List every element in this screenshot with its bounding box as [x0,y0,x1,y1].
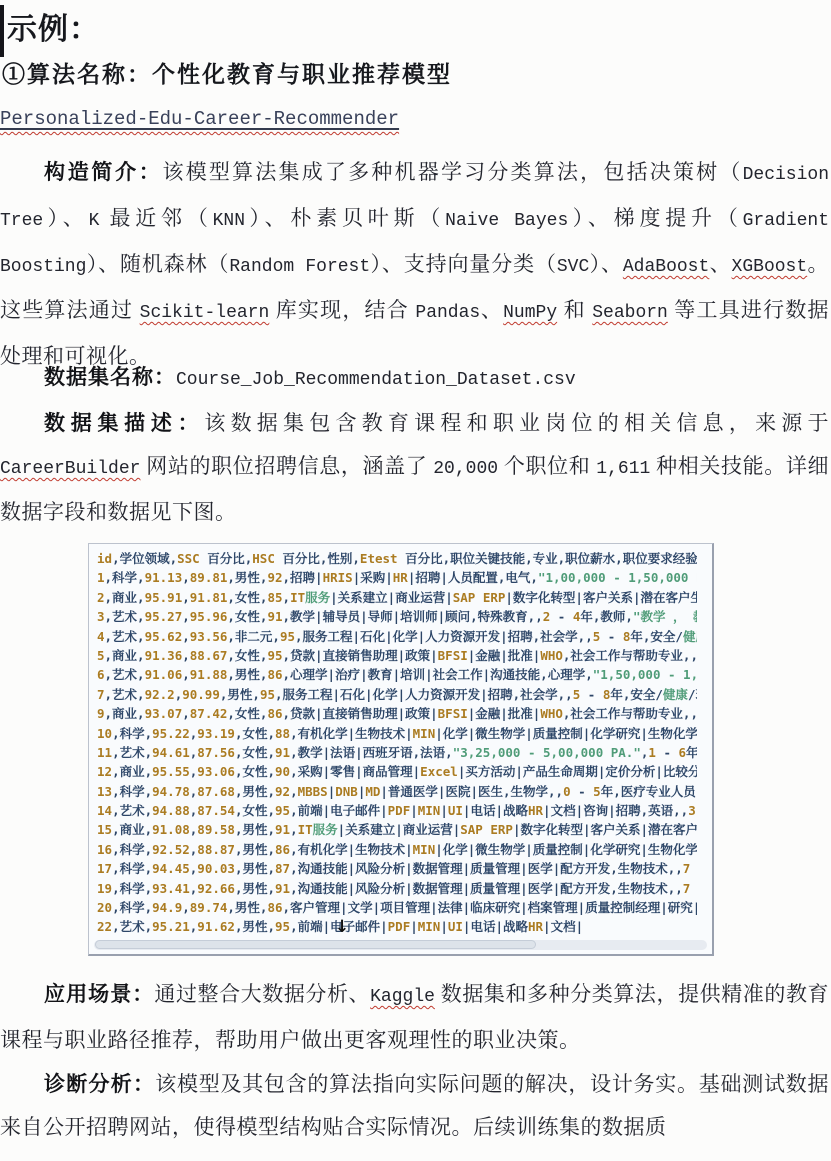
csv-row: 20,科学,94.9,89.74,男性,86,客户管理|文学|项目管理|法律|临… [97,898,697,917]
paragraph-diagnosis: 诊断分析：该模型及其包含的算法指向实际问题的解决，设计务实。基础测试数据来自公开… [0,1063,829,1149]
paragraph-label: 应用场景： [44,982,154,1006]
csv-row: 22,艺术,95.21,91.62,男性,95,前端|电子邮件|PDF|MIN|… [97,917,697,936]
text-run: 通过整合大数据分析、 [154,982,370,1006]
dataset-screenshot: id,学位领域,SSC 百分比,HSC 百分比,性别,Etest 百分比,职位关… [88,543,714,956]
text-run: 20,000 [433,459,498,479]
csv-row: 1,科学,91.13,89.81,男性,92,招聘|HRIS|采购|HR|招聘|… [97,568,697,587]
paragraph-dataset-desc: 数据集描述：该数据集包含教育课程和职业岗位的相关信息，来源于 CareerBui… [0,402,829,534]
csv-row: 2,商业,95.91,91.81,女性,85,IT服务|关系建立|商业运营|SA… [97,588,697,607]
text-run: Pandas [415,303,480,323]
text-run: 个职位和 [498,454,596,478]
algorithm-heading: ①算法名称：个性化教育与职业推荐模型 [2,56,452,89]
csv-row: 7,艺术,92.2,90.99,男性,95,服务工程|石化|化学|人力资源开发|… [97,685,697,704]
paragraph-application: 应用场景：通过整合大数据分析、Kaggle 数据集和多种分类算法，提供精准的教育… [0,973,829,1062]
algorithm-id-underlined: Personalized-Edu-Career-Recommender [0,108,399,130]
paragraph-body: Course_Job_Recommendation_Dataset.csv [176,365,576,389]
text-run: 库实现，结合 [269,298,415,322]
csv-lines: id,学位领域,SSC 百分比,HSC 百分比,性别,Etest 百分比,职位关… [97,549,702,937]
csv-row: 15,商业,91.08,89.58,男性,91,IT服务|关系建立|商业运营|S… [97,820,697,839]
csv-row: 16,科学,92.52,88.87,男性,86,有机化学|生物技术|MIN|化学… [97,840,697,859]
text-run: Naive Bayes [445,211,568,231]
scroll-down-arrow-icon: ↓ [335,917,349,937]
text-run: ）、随机森林（ [86,252,229,276]
text-run: ）、 [43,206,88,230]
text-run: 该模型算法集成了多种机器学习分类算法，包括决策树（ [163,160,743,184]
text-run: 该数据集包含教育课程和职业岗位的相关信息，来源于 [204,411,829,435]
spellchecked-word: XGBoost [732,257,808,277]
csv-row: 10,科学,95.22,93.19,女性,88,有机化学|生物技术|MIN|化学… [97,724,697,743]
paragraph-body: 该模型算法集成了多种机器学习分类算法，包括决策树（Decision Tree）、… [0,160,829,368]
horizontal-scrollbar-thumb [95,940,536,949]
text-run: 最近邻（ [99,206,212,230]
paragraph-label: 数据集名称： [44,365,176,389]
csv-row: 19,科学,93.41,92.66,男性,91,沟通技能|风险分析|数据管理|质… [97,879,697,898]
paragraph-dataset-name: 数据集名称：Course_Job_Recommendation_Dataset.… [0,356,829,402]
paragraph-model-intro: 构造简介：该模型算法集成了多种机器学习分类算法，包括决策树（Decision T… [0,151,829,378]
csv-row: 13,科学,94.78,87.68,男性,92,MBBS|DNB|MD|普通医学… [97,782,697,801]
text-run: 、 [480,298,503,322]
text-cursor-bar [0,5,4,57]
paragraph-label: 数据集描述： [44,411,204,435]
spellchecked-word: Scikit-learn [140,303,270,323]
csv-row: 4,艺术,95.62,93.56,非二元,95,服务工程|石化|化学|人力资源开… [97,627,697,646]
csv-row: 14,艺术,94.88,87.54,女性,95,前端|电子邮件|PDF|MIN|… [97,801,697,820]
spellchecked-word: NumPy [503,303,557,323]
text-run: 和 [557,298,592,322]
spellchecked-word: CareerBuilder [0,459,140,479]
text-run: K [89,211,100,231]
text-run: Course_Job_Recommendation_Dataset.csv [176,370,576,390]
csv-row: 17,科学,94.45,90.03,男性,87,沟通技能|风险分析|数据管理|质… [97,859,697,878]
spellchecked-word: AdaBoost [623,257,709,277]
text-run: ）、支持向量分类（ [370,252,557,276]
csv-row: 12,商业,95.55,93.06,女性,90,采购|零售|商品管理|Excel… [97,762,697,781]
csv-row: 3,艺术,95.27,95.96,女性,91,教学|辅导员|导师|培训师|顾问,… [97,607,697,626]
paragraph-label: 构造简介： [44,160,163,184]
spellchecked-word: Seaborn [592,303,668,323]
paragraph-label: 诊断分析： [44,1072,155,1096]
text-run: KNN [213,211,245,231]
text-run: 、 [709,252,731,276]
text-run: Random Forest [229,257,370,277]
text-run: 网站的职位招聘信息，涵盖了 [140,454,433,478]
document-page: { "colors": { "body_ink": "#23252e", "cs… [0,0,831,1161]
horizontal-scrollbar [94,940,707,950]
csv-row: 11,艺术,94.61,87.56,女性,91,教学|法语|西班牙语,法语,"3… [97,743,697,762]
spellchecked-word: Kaggle [370,987,435,1007]
csv-row: 9,商业,93.07,87.42,女性,86,贷款|直接销售助理|政策|BFSI… [97,704,697,723]
csv-row: 5,商业,91.36,88.67,女性,95,贷款|直接销售助理|政策|BFSI… [97,646,697,665]
algorithm-id-text: Personalized-Edu-Career-Recommender [0,108,399,130]
text-run: ）、 [589,252,623,276]
text-run: ）、梯度提升（ [568,206,742,230]
csv-row: id,学位领域,SSC 百分比,HSC 百分比,性别,Etest 百分比,职位关… [97,549,697,568]
text-run: ）、朴素贝叶斯（ [245,206,445,230]
text-run: SVC [557,257,589,277]
example-label: 示例： [7,4,100,48]
csv-row: 6,艺术,91.06,91.88,男性,86,心理学|治疗|教育|培训|社会工作… [97,665,697,684]
text-run: 1,611 [596,459,650,479]
